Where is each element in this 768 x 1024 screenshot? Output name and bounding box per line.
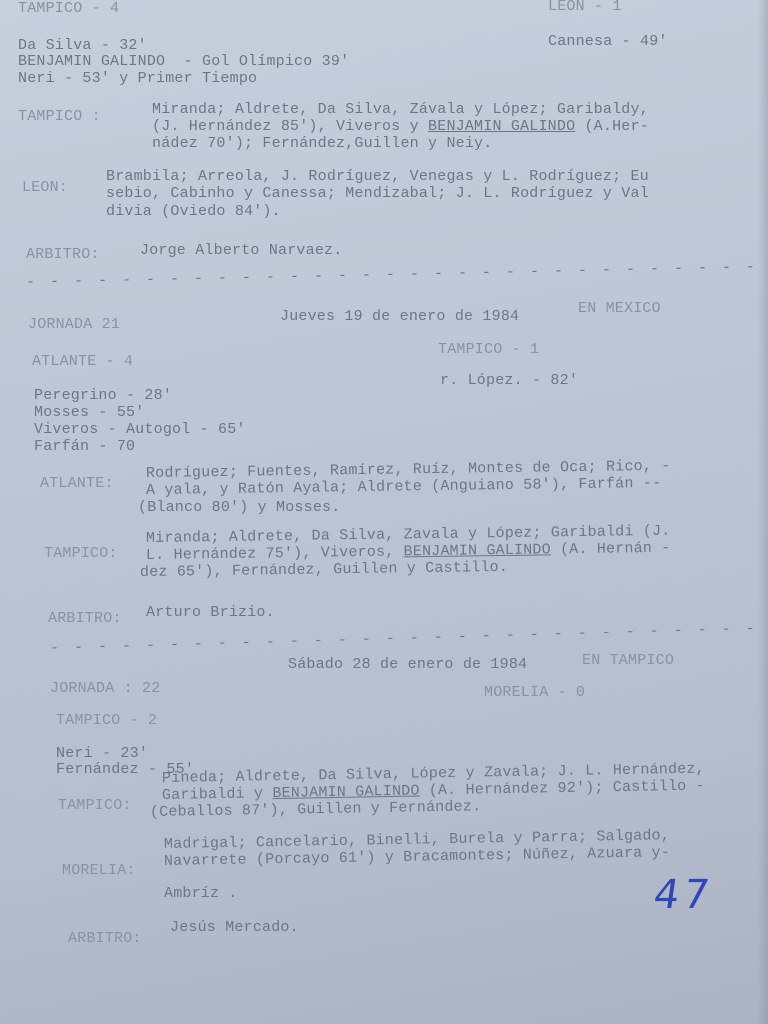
match2-home-lineup-line3: (Blanco 80') y Mosses.	[138, 499, 340, 516]
match2-home-lineup-label: ATLANTE:	[40, 475, 114, 492]
lineup-text: (A. Hernán -	[551, 540, 671, 559]
match1-home-goal-2: BENJAMIN GALINDO - Gol Olímpico 39'	[18, 53, 349, 70]
match2-away-score: TAMPICO - 1	[438, 341, 539, 358]
match3-home-goal-1: Neri - 23'	[56, 745, 148, 762]
match1-referee: Jorge Alberto Narvaez.	[140, 242, 342, 259]
match2-away-lineup-label: TAMPICO:	[44, 545, 118, 562]
page-edge-shadow	[758, 0, 768, 1024]
match3-away-lineup-label: MORELIA:	[62, 862, 136, 879]
match2-home-goal-1: Peregrino - 28'	[34, 387, 172, 404]
match2-away-goal-1: r. López. - 82'	[440, 372, 578, 389]
match1-home-goal-1: Da Silva - 32'	[18, 37, 147, 54]
match1-away-score: LEON - 1	[548, 0, 622, 15]
lineup-text: (A. Hernández 92'); Castillo -	[419, 778, 705, 800]
match3-referee: Jesús Mercado.	[170, 919, 299, 936]
match3-away-lineup-line3: Ambríz .	[164, 885, 238, 902]
separator: - - - - - - - - - - - - - - - - - - - - …	[26, 258, 768, 291]
match3-jornada: JORNADA : 22	[50, 680, 160, 697]
match3-home-score: TAMPICO - 2	[56, 712, 157, 729]
match1-referee-label: ARBITRO:	[26, 246, 100, 263]
typewritten-page: TAMPICO - 4 LEON - 1 Da Silva - 32' Cann…	[0, 0, 768, 1024]
match3-home-lineup-label: TAMPICO:	[58, 797, 132, 814]
match3-date: Sábado 28 de enero de 1984	[288, 656, 527, 673]
match2-home-goal-3: Viveros - Autogol - 65'	[34, 421, 246, 438]
underlined-player: BENJAMIN GALINDO	[404, 541, 551, 560]
match2-jornada: JORNADA 21	[28, 316, 120, 333]
match1-away-lineup-label: LEON:	[22, 179, 68, 196]
lineup-text: (J. Hernández 85'), Viveros y	[152, 118, 428, 135]
match1-away-lineup-line1: Brambila; Arreola, J. Rodríguez, Venegas…	[106, 168, 649, 185]
match1-home-lineup-label: TAMPICO :	[18, 108, 101, 125]
goal-note: - Gol Olímpico 39'	[184, 53, 350, 70]
match2-date: Jueves 19 de enero de 1984	[280, 308, 519, 325]
handwritten-page-number: 47	[651, 872, 716, 918]
match2-home-goal-4: Farfán - 70	[34, 438, 135, 455]
match2-referee-label: ARBITRO:	[48, 610, 122, 627]
player-name: BENJAMIN GALINDO	[18, 53, 165, 70]
match1-away-lineup-line3: divia (Oviedo 84').	[106, 203, 281, 220]
match1-home-lineup-line1: Miranda; Aldrete, Da Silva, Závala y Lóp…	[152, 101, 649, 118]
match2-home-goal-2: Mosses - 55'	[34, 404, 144, 421]
match2-home-score: ATLANTE - 4	[32, 353, 133, 370]
match1-away-lineup-line2: sebio, Cabinho y Canessa; Mendizabal; J.…	[106, 185, 649, 202]
match1-home-score: TAMPICO - 4	[18, 0, 119, 17]
match2-venue: EN MEXICO	[578, 300, 661, 317]
lineup-text: (A.Her-	[575, 118, 649, 135]
match3-away-score: MORELIA - 0	[484, 684, 585, 701]
match1-home-lineup-line3: nádez 70'); Fernández,Guillen y Neiy.	[152, 135, 492, 152]
match1-home-lineup-line2: (J. Hernández 85'), Viveros y BENJAMIN G…	[152, 118, 649, 135]
match3-venue: EN TAMPICO	[582, 652, 674, 669]
match2-referee: Arturo Brizio.	[146, 604, 275, 621]
match1-home-goal-3: Neri - 53' y Primer Tiempo	[18, 70, 257, 87]
underlined-player: BENJAMIN GALINDO	[428, 118, 575, 135]
match3-referee-label: ARBITRO:	[68, 930, 142, 947]
match1-away-goal-1: Cannesa - 49'	[548, 33, 668, 50]
